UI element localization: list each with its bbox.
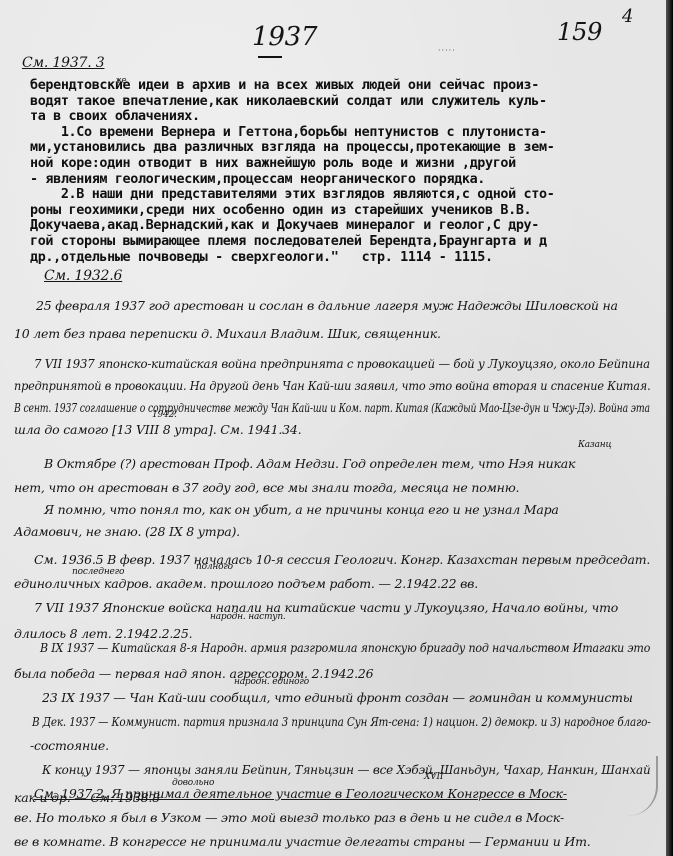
typed-line: др.,отдельные почвоведы - сверхгеологи."… — [30, 250, 670, 266]
typed-line: водят такое впечатление,как николаевский… — [30, 94, 670, 110]
typed-line: ной коре:один отводит в них важнейшую ро… — [30, 156, 670, 172]
hw-line: 10 лет без права переписки д. Михаил Вла… — [14, 326, 441, 341]
hw-superscript: народн. наступ. — [210, 612, 286, 622]
hw-line: предпринятой в провокации. На другой ден… — [14, 378, 650, 393]
hw-line: ве в комнате. В конгрессе не принимали у… — [14, 834, 591, 849]
hw-line: 7 VII 1937 японско-китайская война предп… — [34, 356, 650, 371]
typed-line: берендтовские идеи в архив и на всех жив… — [30, 78, 670, 94]
hw-line: К концу 1937 — японцы заняли Бейпин, Тян… — [42, 762, 650, 777]
reference-note-1932: См. 1932.6 — [44, 268, 122, 284]
page-edge-curl — [626, 756, 658, 816]
hw-line: См. 1937.2. Я принимал деятельное участи… — [34, 786, 567, 801]
typed-line: 2.В наши дни представителями этих взгляд… — [30, 187, 670, 203]
hw-line: 25 февраля 1937 год арестован и сослан в… — [36, 298, 618, 313]
hw-superscript: Казанц — [578, 440, 612, 450]
reference-note-top: См. 1937. 3 — [22, 55, 104, 71]
hw-superscript: народн. единого — [234, 677, 309, 687]
hw-line: нет, что он арестован в 37 году год, все… — [14, 480, 519, 495]
typed-line: - явлениям геологическим,процессам неорг… — [30, 172, 670, 188]
hw-line: 23 IX 1937 — Чан Кай-ши сообщил, что еди… — [42, 690, 633, 705]
typed-line: Докучаева,акад.Вернадский,как и Докучаев… — [30, 218, 670, 234]
typed-line: роны геохимики,среди них особенно один и… — [30, 203, 670, 219]
hw-line: В IX 1937 — Китайская 8-я Народн. армия … — [40, 640, 650, 655]
typed-line: гой стороны вымирающее племя последовате… — [30, 234, 670, 250]
hw-line: -состояние. — [30, 738, 109, 753]
corner-mark: 4 — [622, 6, 633, 27]
stamp-dots: ····· — [438, 46, 456, 55]
document-page: 1937 ····· 159 4 См. 1937. 3 же берендто… — [0, 0, 666, 856]
year-underline — [258, 56, 282, 58]
typed-line: 1.Со времени Вернера и Геттона,борьбы не… — [30, 125, 670, 141]
hw-superscript: XVII — [424, 772, 443, 782]
hw-line: В Октябре (?) арестован Проф. Адам Недзи… — [44, 456, 575, 471]
year-text: 1937 — [252, 22, 317, 52]
page-title-year: 1937 — [252, 22, 317, 52]
hw-line: шла до самого [13 VIII 8 утра]. См. 1941… — [14, 422, 301, 437]
scan-edge-shadow — [666, 0, 673, 856]
hw-superscript: полного — [196, 562, 233, 572]
hw-line: была победа — первая над япон. агрессоро… — [14, 666, 373, 681]
typed-line: ми,установились два различных взгляда на… — [30, 140, 670, 156]
hw-line: Я помню, что понял то, как он убит, а не… — [44, 502, 559, 517]
hw-line: ве. Но только я был в Узком — это мой вы… — [14, 810, 564, 825]
hw-line: В Дек. 1937 — Коммунист. партия признала… — [32, 714, 651, 729]
hw-line: См. 1936.5 В февр. 1937 началась 10-я се… — [34, 552, 650, 567]
typewritten-block: берендтовские идеи в архив и на всех жив… — [30, 78, 670, 265]
typed-line: та в своих облачениях. — [30, 109, 670, 125]
hw-line: 7 VII 1937 Японские войска напали на кит… — [34, 600, 618, 615]
hw-superscript: 1942. — [152, 410, 177, 420]
hw-line: единоличных кадров. академ. прошлого под… — [14, 576, 478, 591]
page-number: 159 — [557, 18, 602, 46]
hw-line: длилось 8 лет. 2.1942.2.25. — [14, 626, 192, 641]
hw-line: Адамович, не знаю. (28 IX 8 утра). — [14, 524, 240, 539]
hw-line: В сент. 1937 соглашение о сотрудничестве… — [14, 400, 650, 415]
